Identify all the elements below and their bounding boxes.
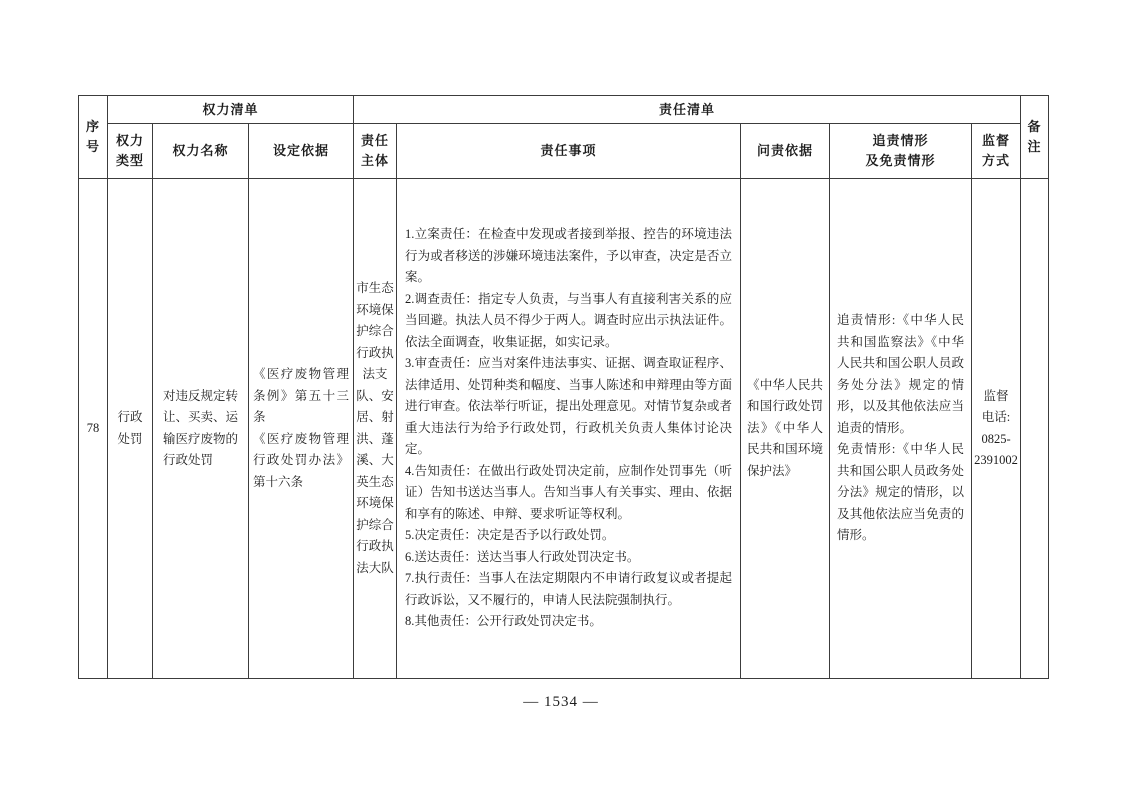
table-row: 78 行政 处罚 对违反规定转让、买卖、运输医疗废物的行政处罚 《医疗废物管理条…	[79, 179, 1049, 679]
cell-responsibility-items: 1.立案责任：在检查中发现或者接到举报、控告的环境违法行为或者移送的涉嫌环境违法…	[397, 179, 741, 679]
header-responsible-body: 责任 主体	[354, 124, 397, 179]
header-power-name: 权力名称	[153, 124, 249, 179]
header-responsibility-list: 责任清单	[354, 96, 1021, 124]
cell-accountability-basis: 《中华人民共和国行政处罚法》《中华人民共和国环境保护法》	[741, 179, 830, 679]
cell-remark	[1021, 179, 1049, 679]
header-responsibility-items: 责任事项	[397, 124, 741, 179]
cell-setting-basis: 《医疗废物管理条例》第五十三条 《医疗废物管理行政处罚办法》第十六条	[249, 179, 354, 679]
page-number: — 1534 —	[0, 694, 1122, 711]
cell-accountability-situations: 追责情形:《中华人民共和国监察法》《中华人民共和国公职人员政务处分法》规定的情形…	[830, 179, 972, 679]
header-accountability-basis: 问责依据	[741, 124, 830, 179]
header-accountability-situations: 追责情形 及免责情形	[830, 124, 972, 179]
header-remark: 备 注	[1021, 96, 1049, 179]
cell-power-name: 对违反规定转让、买卖、运输医疗废物的行政处罚	[153, 179, 249, 679]
header-setting-basis: 设定依据	[249, 124, 354, 179]
cell-serial-number: 78	[79, 179, 108, 679]
power-responsibility-table: 序 号 权力清单 责任清单 备 注 权力 类型 权力名称 设定依据 责任 主体 …	[78, 95, 1049, 679]
document-page: 序 号 权力清单 责任清单 备 注 权力 类型 权力名称 设定依据 责任 主体 …	[0, 0, 1122, 793]
header-supervision-method: 监督 方式	[972, 124, 1021, 179]
cell-responsible-body: 市生态环境保护综合行政执法支队、安居、射洪、蓬溪、大英生态环境保护综合行政执法大…	[354, 179, 397, 679]
header-power-list: 权力清单	[108, 96, 354, 124]
header-serial-number: 序 号	[79, 96, 108, 179]
cell-supervision-method: 监督 电话: 0825- 2391002	[972, 179, 1021, 679]
cell-power-type: 行政 处罚	[108, 179, 153, 679]
header-power-type: 权力 类型	[108, 124, 153, 179]
